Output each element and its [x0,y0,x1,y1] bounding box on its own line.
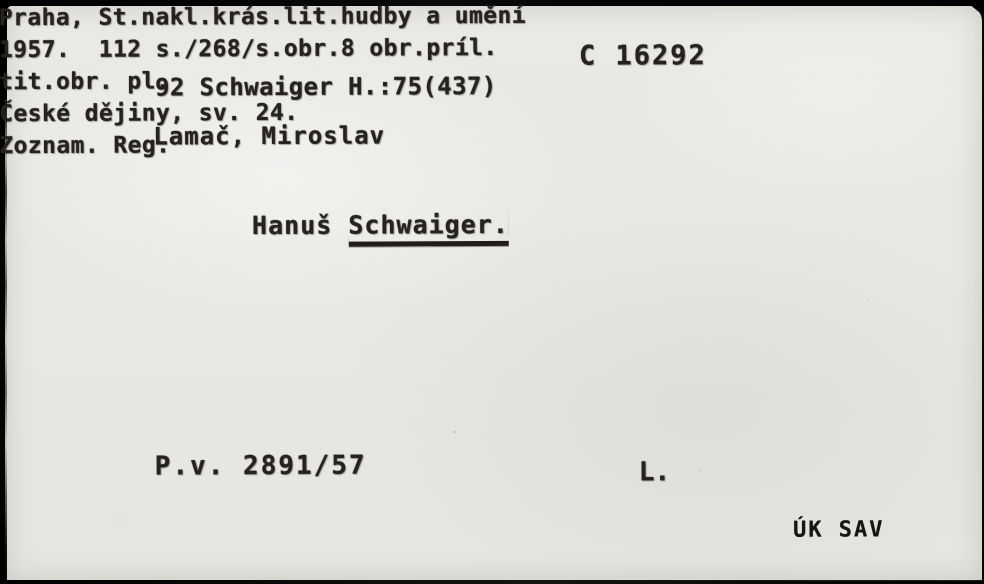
book-title-prefix: Hanuš [252,211,348,240]
typewritten-text: C 16292 92 Schwaiger H.:75(437) Lamač, M… [0,0,984,584]
classification-line: 92 Schwaiger H.:75(437) [155,72,497,101]
imprint-line-publisher: Praha, St.nakl.krás.lit.hudby a umění [0,0,983,34]
book-title-underlined: Schwaiger. [348,210,509,247]
imprint-line-notes: Zoznam. Reg. [0,126,983,162]
accession-number: P.v. 2891/57 [155,451,367,482]
book-title: Hanuš Schwaiger. [156,181,510,270]
scanned-catalog-card: C 16292 92 Schwaiger H.:75(437) Lamač, M… [0,0,984,584]
imprint-line-collation: 1957. 112 s./268/s.obr.8 obr.príl. [0,30,983,66]
library-stamp: ÚK SAV [793,517,885,542]
cataloguer-initial: L. [639,457,670,487]
call-number: C 16292 [579,40,707,72]
author-name: Lamač, Miroslav [153,121,385,150]
